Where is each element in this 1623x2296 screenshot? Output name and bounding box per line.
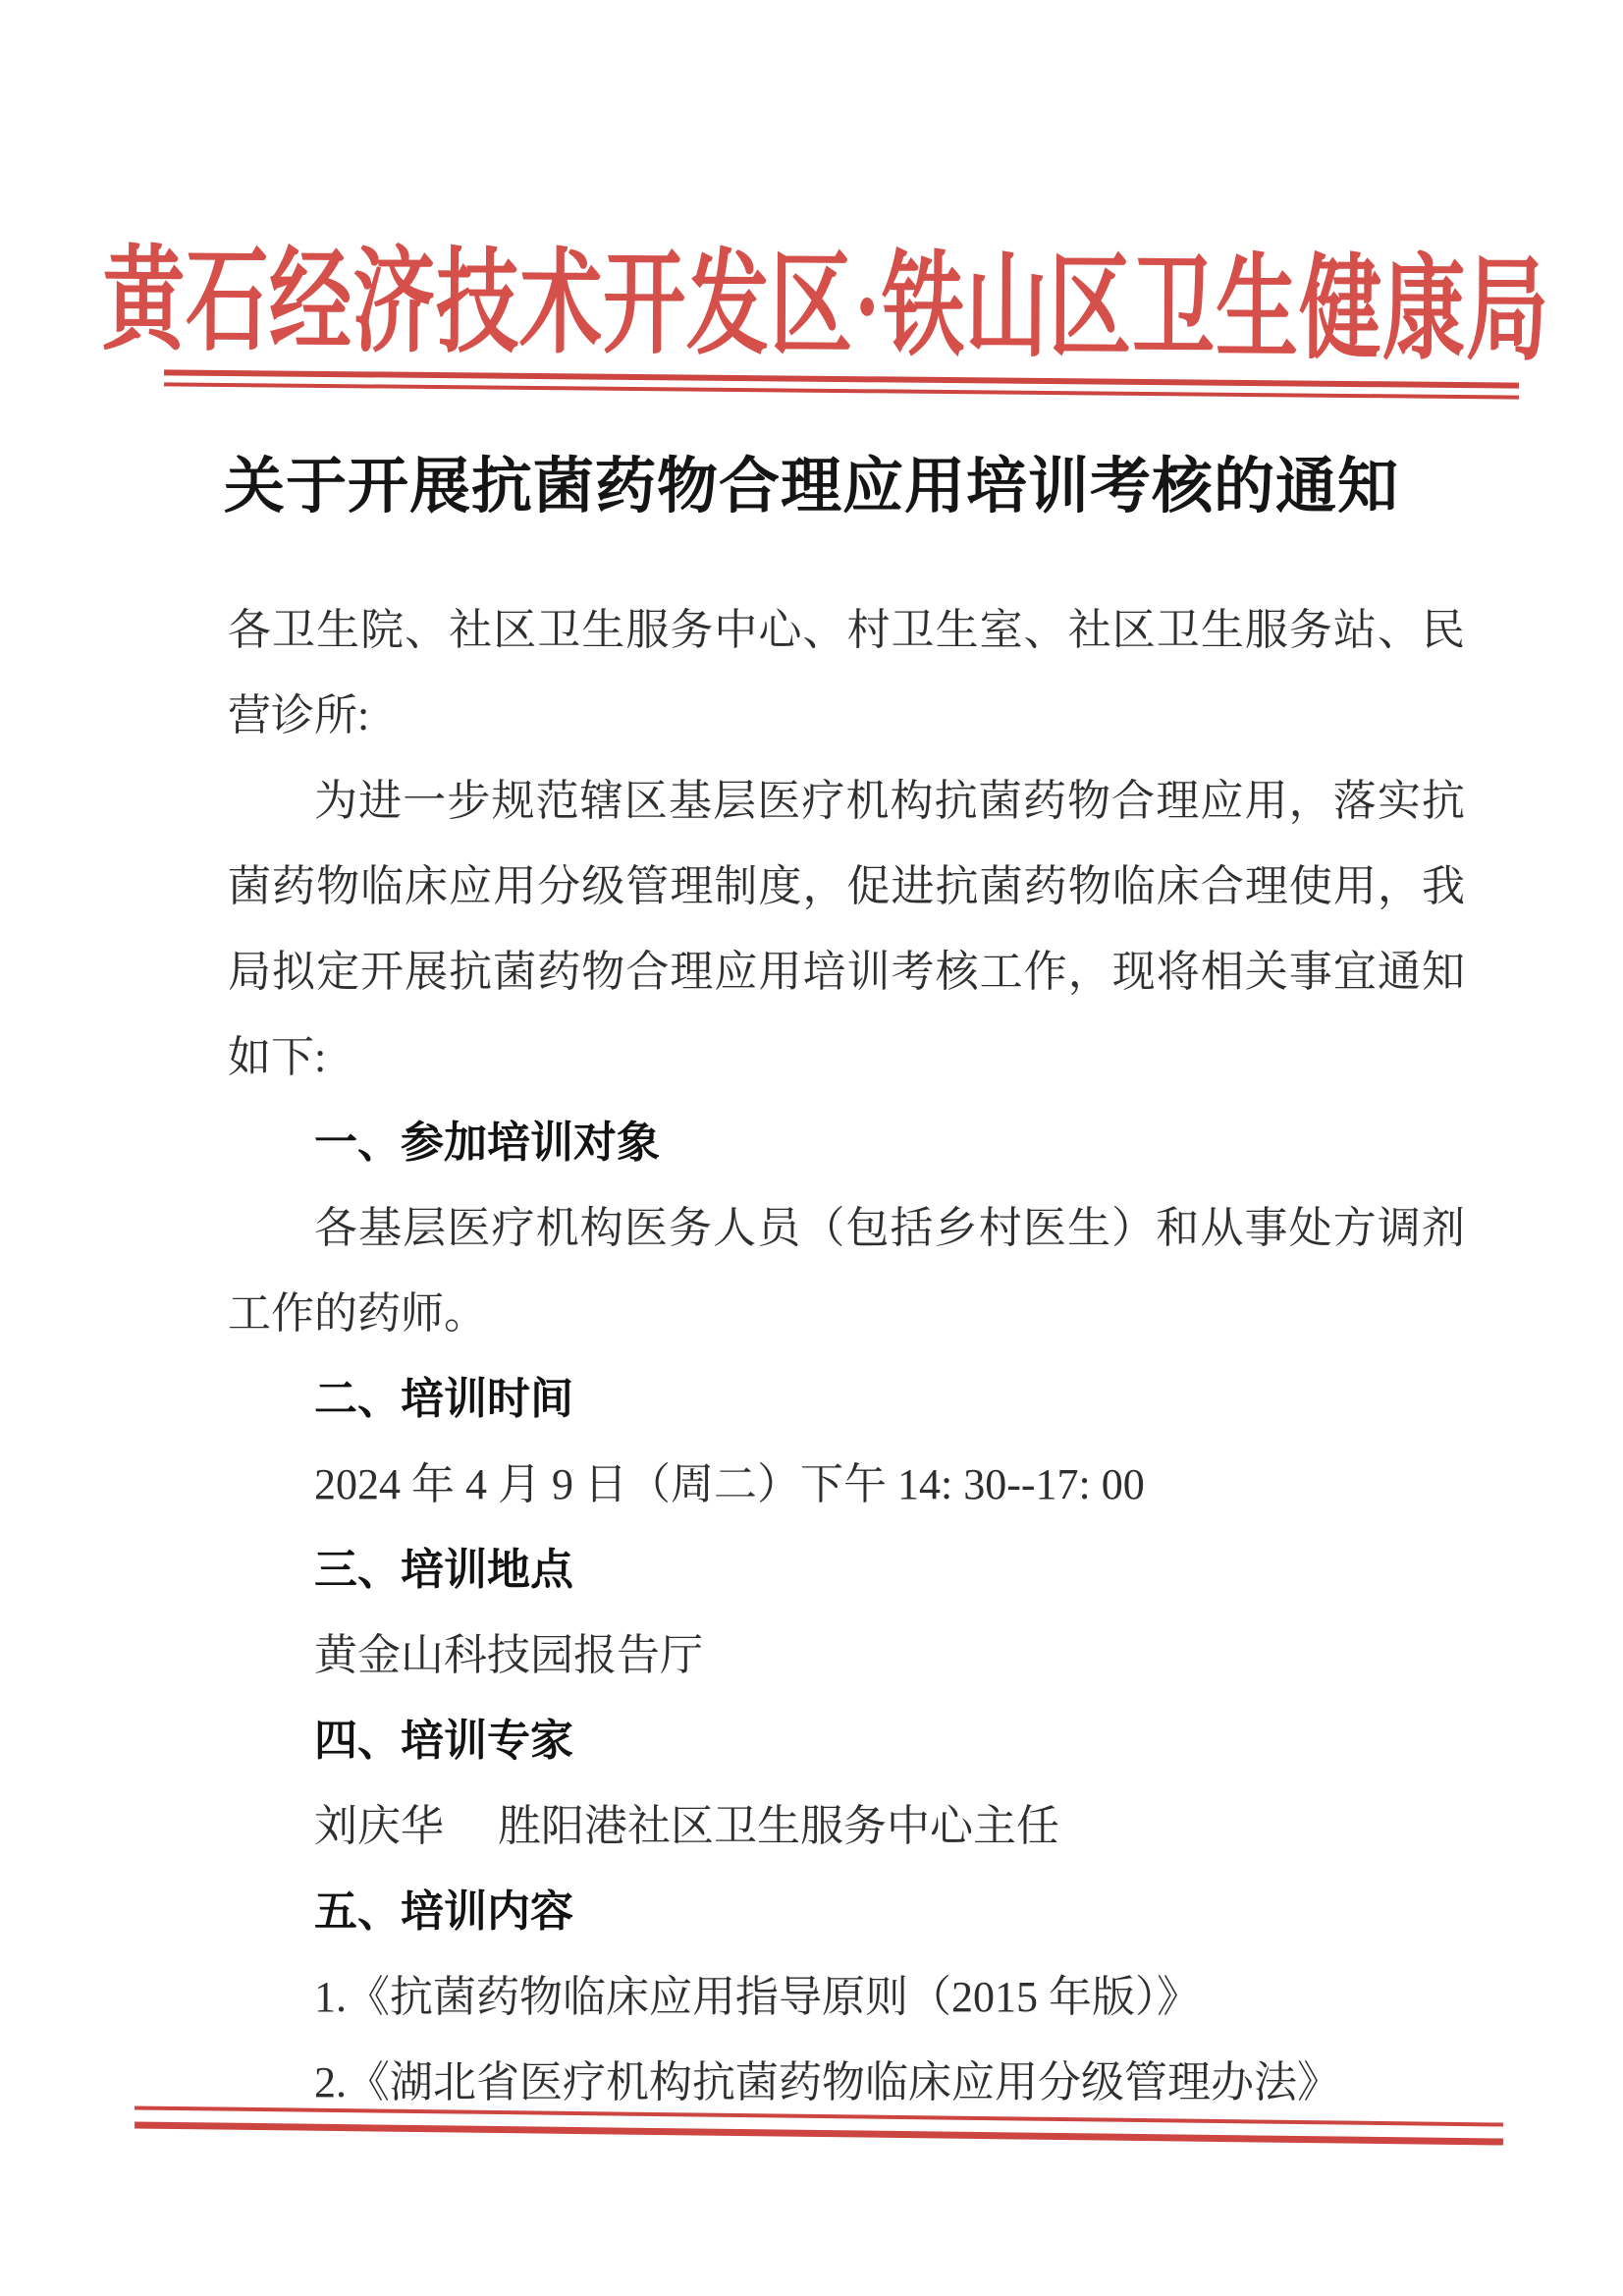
section-2-heading: 二、培训时间	[228, 1356, 1465, 1442]
section-1-body-line: 各基层医疗机构医务人员（包括乡村医生）和从事处方调剂工作的药师。	[228, 1185, 1465, 1356]
document-title: 关于开展抗菌药物合理应用培训考核的通知	[0, 437, 1623, 524]
intro-paragraph: 为进一步规范辖区基层医疗机构抗菌药物合理应用，落实抗菌药物临床应用分级管理制度，…	[228, 758, 1465, 1100]
section-3-body-line: 黄金山科技园报告厅	[228, 1613, 1465, 1698]
section-4-heading: 四、培训专家	[228, 1698, 1465, 1783]
red-divider-bottom-thick	[135, 2121, 1503, 2145]
notice-page: 黄石经济技术开发区·铁山区卫生健康局 关于开展抗菌药物合理应用培训考核的通知 各…	[0, 0, 1623, 2296]
agency-masthead-title: 黄石经济技术开发区·铁山区卫生健康局	[28, 208, 1623, 384]
section-4-body-line: 刘庆华 胜阳港社区卫生服务中心主任	[228, 1783, 1465, 1869]
section-5-heading: 五、培训内容	[228, 1869, 1465, 1954]
section-5-body-line-1: 1.《抗菌药物临床应用指导原则（2015 年版）》	[228, 1954, 1465, 2040]
section-2-body-line: 2024 年 4 月 9 日（周二）下午 14: 30--17: 00	[228, 1442, 1465, 1527]
document-body: 各卫生院、社区卫生服务中心、村卫生室、社区卫生服务站、民营诊所: 为进一步规范辖…	[228, 587, 1465, 2125]
salutation-line: 各卫生院、社区卫生服务中心、村卫生室、社区卫生服务站、民营诊所:	[228, 587, 1465, 758]
section-1-heading: 一、参加培训对象	[228, 1100, 1465, 1185]
section-3-heading: 三、培训地点	[228, 1527, 1465, 1613]
